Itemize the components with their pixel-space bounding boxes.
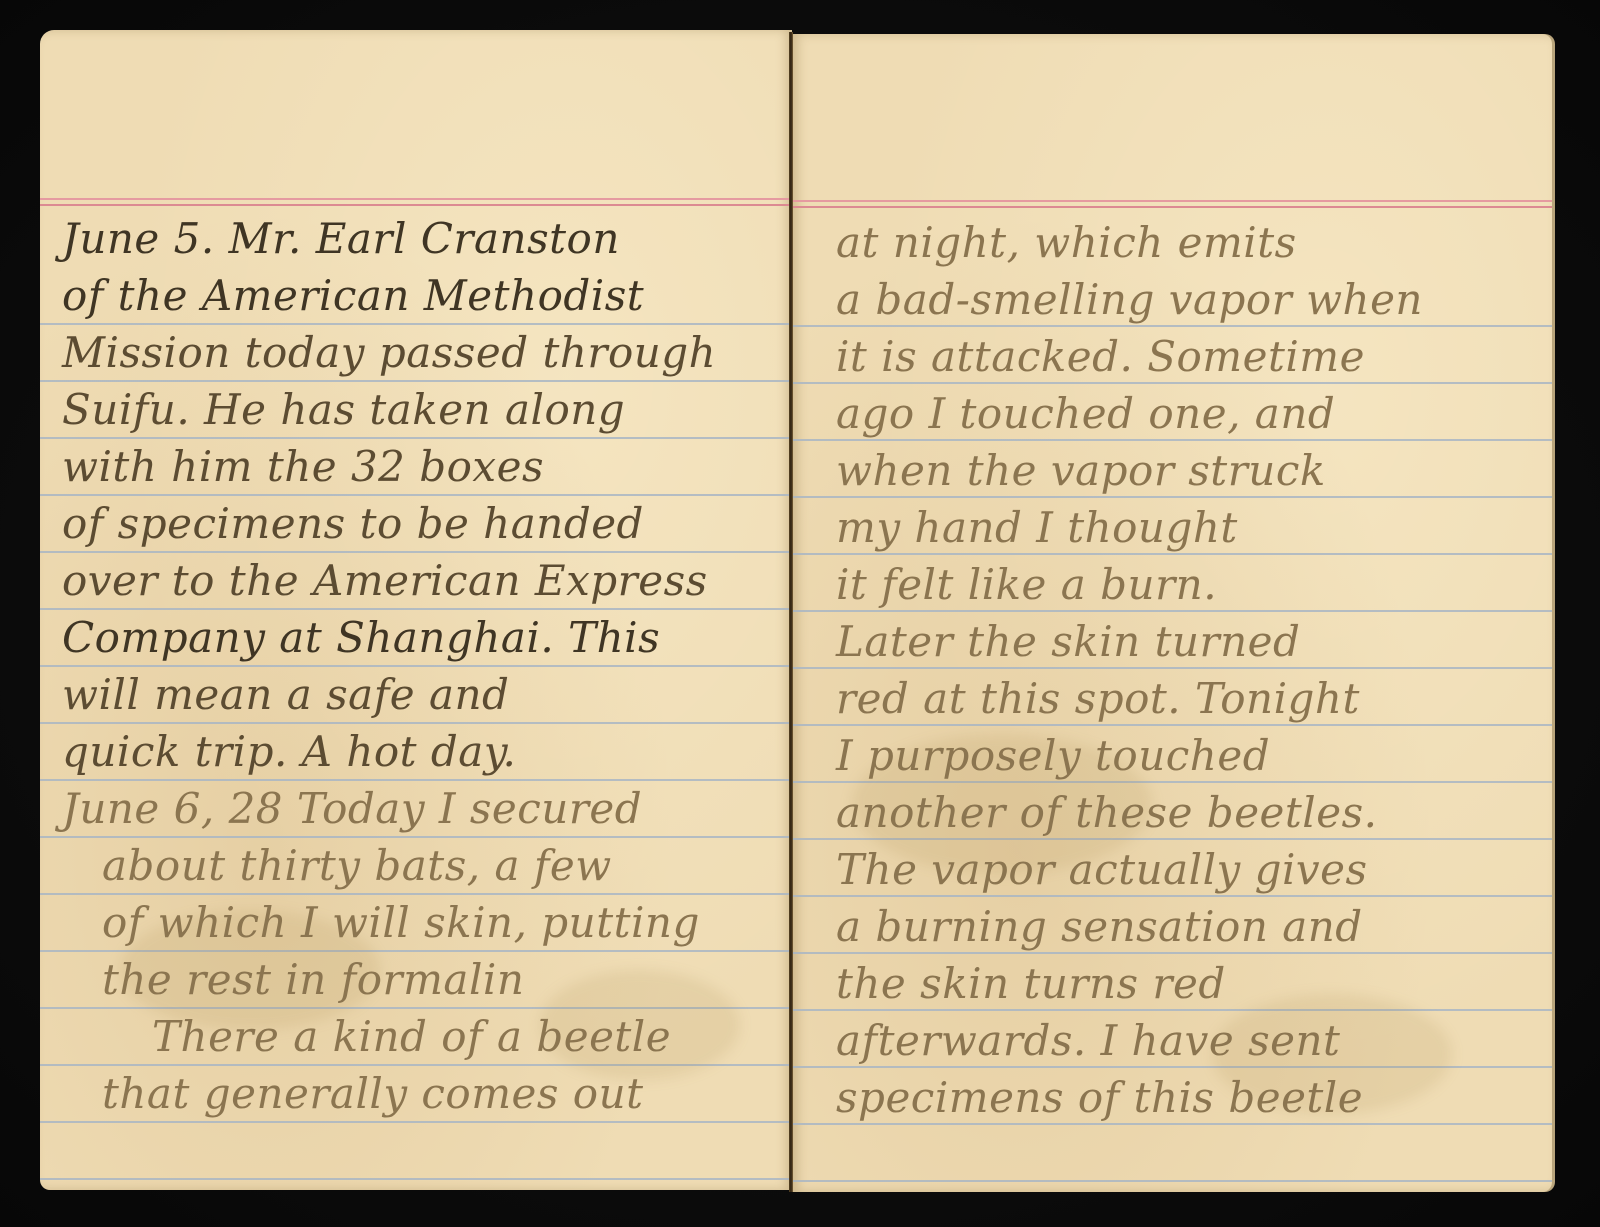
diary-line: of which I will skin, putting — [62, 894, 774, 951]
notebook-scan: June 5. Mr. Earl Cranston of the America… — [0, 0, 1600, 1227]
diary-line: that generally comes out — [62, 1065, 774, 1122]
diary-line: ago I touched one, and — [836, 385, 1534, 442]
left-page: June 5. Mr. Earl Cranston of the America… — [40, 30, 792, 1190]
diary-line: it felt like a burn. — [836, 556, 1534, 613]
diary-line: Later the skin turned — [836, 613, 1534, 670]
diary-line: the rest in formalin — [62, 951, 774, 1008]
diary-line: Company at Shanghai. This — [62, 609, 774, 666]
diary-line: when the vapor struck — [836, 442, 1534, 499]
right-page-text: at night, which emits a bad-smelling vap… — [836, 214, 1534, 1126]
diary-line: will mean a safe and — [62, 666, 774, 723]
diary-line: over to the American Express — [62, 552, 774, 609]
diary-line: my hand I thought — [836, 499, 1534, 556]
diary-line: Mission today passed through — [62, 324, 774, 381]
diary-line: of specimens to be handed — [62, 495, 774, 552]
diary-line: about thirty bats, a few — [62, 837, 774, 894]
diary-line: There a kind of a beetle — [62, 1008, 774, 1065]
notebook-spine — [789, 32, 793, 1192]
diary-line: another of these beetles. — [836, 784, 1534, 841]
diary-entry-date-line: June 6, 28 Today I secured — [62, 780, 774, 837]
diary-line: June 5. Mr. Earl Cranston — [62, 210, 774, 267]
header-rule — [40, 198, 792, 206]
diary-line: of the American Methodist — [62, 267, 774, 324]
diary-line: a bad-smelling vapor when — [836, 271, 1534, 328]
diary-line: it is attacked. Sometime — [836, 328, 1534, 385]
diary-line: the skin turns red — [836, 955, 1534, 1012]
diary-line: I purposely touched — [836, 727, 1534, 784]
diary-line: at night, which emits — [836, 214, 1534, 271]
header-rule — [792, 200, 1552, 208]
diary-line: The vapor actually gives — [836, 841, 1534, 898]
diary-line: afterwards. I have sent — [836, 1012, 1534, 1069]
right-page: at night, which emits a bad-smelling vap… — [792, 34, 1552, 1192]
diary-line: Suifu. He has taken along — [62, 381, 774, 438]
diary-line: red at this spot. Tonight — [836, 670, 1534, 727]
left-page-text: June 5. Mr. Earl Cranston of the America… — [62, 210, 774, 1122]
diary-line: with him the 32 boxes — [62, 438, 774, 495]
diary-line: specimens of this beetle — [836, 1069, 1534, 1126]
diary-line: quick trip. A hot day. — [62, 723, 774, 780]
diary-line: a burning sensation and — [836, 898, 1534, 955]
